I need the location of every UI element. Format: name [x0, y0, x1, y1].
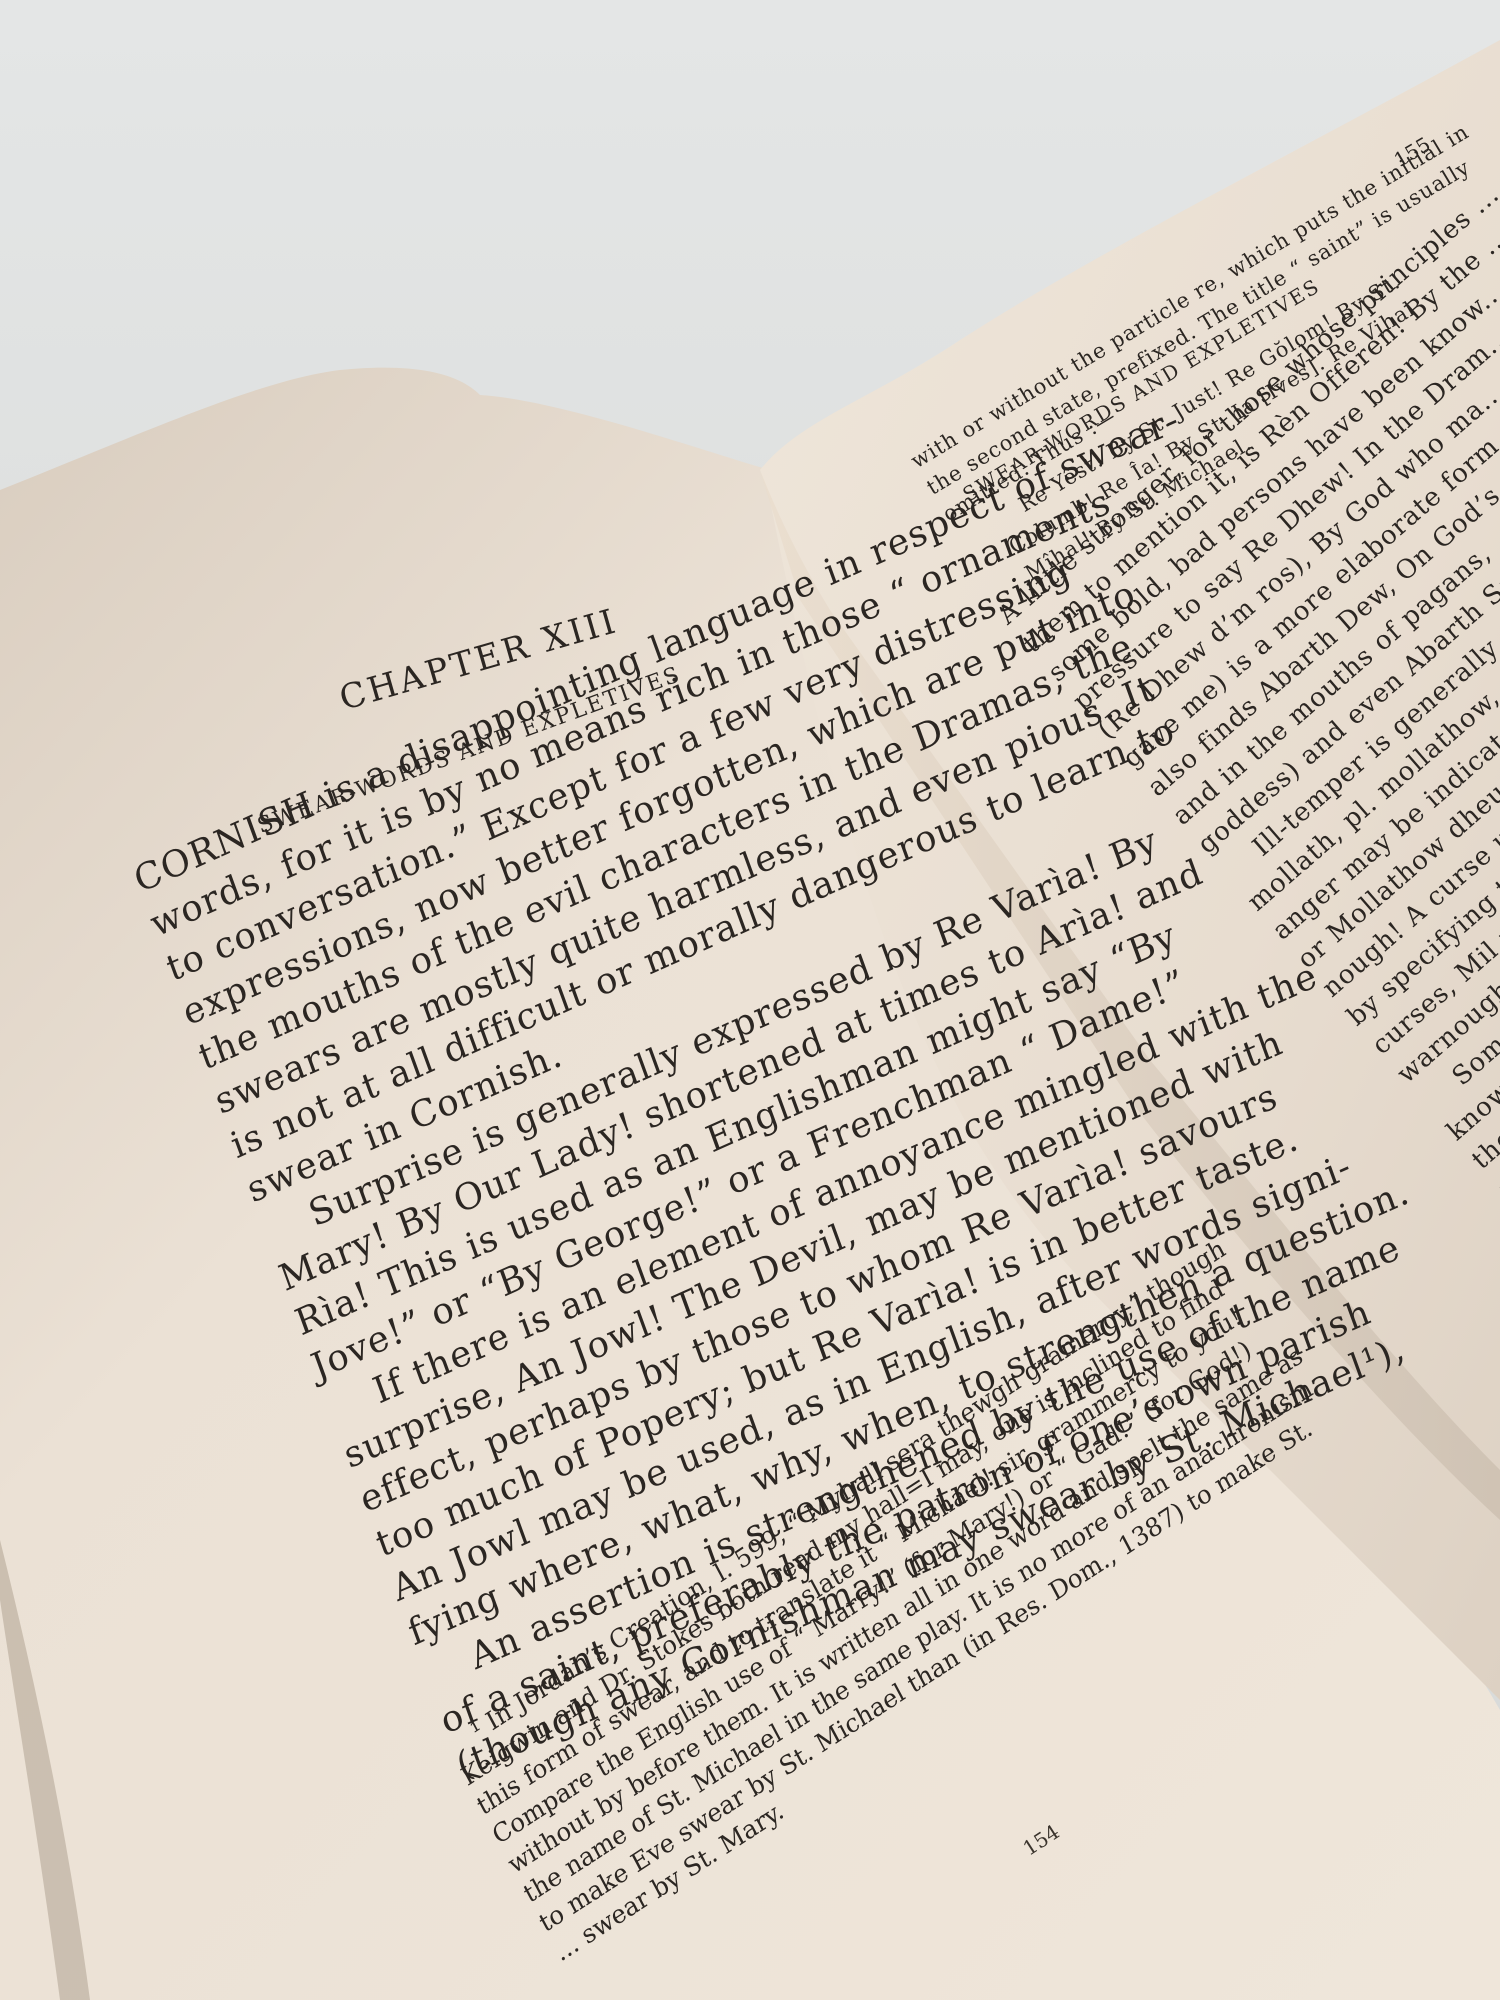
book-photo: CHAPTER XIII SWEAR-WORDS AND EXPLETIVES … — [0, 0, 1500, 2000]
